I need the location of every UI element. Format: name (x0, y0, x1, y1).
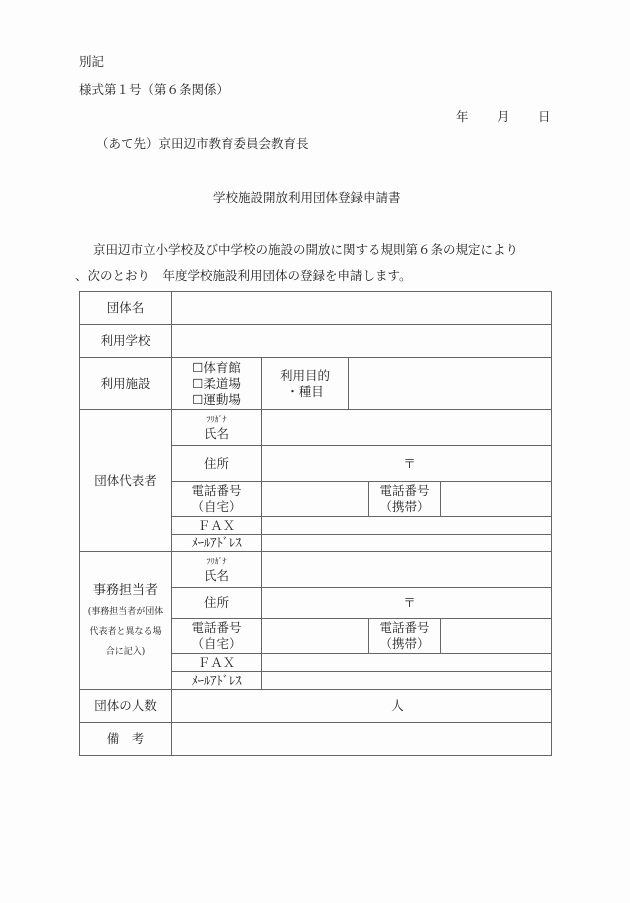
contact-phone-mobile-label: 電話番号 （携帯） (369, 619, 441, 654)
date-month: 月 (497, 107, 510, 125)
contact-note-3: 合に記入) (80, 642, 171, 662)
facility-options: ☐体育館 ☐柔道場 ☐運動場 (172, 358, 262, 410)
checkbox-icon[interactable]: ☐ (192, 360, 203, 375)
rep-address-field[interactable]: 〒 (262, 446, 552, 482)
row-contact-name: 事務担当者 (事務担当者が団体 代表者と異なる場 合に記入) ﾌﾘｶﾞﾅ 氏名 (80, 552, 552, 588)
rep-name-label: ﾌﾘｶﾞﾅ 氏名 (172, 410, 262, 446)
form-number: 様式第１号（第６条関係） (79, 80, 229, 98)
postal-mark-icon: 〒 (403, 595, 416, 610)
rep-phone-mobile-field[interactable] (441, 482, 552, 517)
group-name-field[interactable] (172, 292, 552, 325)
rep-furigana-label: ﾌﾘｶﾞﾅ (172, 414, 261, 426)
checkbox-icon[interactable]: ☐ (192, 392, 203, 407)
facility-option-gym[interactable]: ☐体育館 (172, 360, 261, 376)
rep-phone-home-field[interactable] (262, 482, 369, 517)
addressee: （あて先）京田辺市教育委員会教育長 (96, 134, 309, 152)
rep-address-label: 住所 (172, 446, 262, 482)
row-members: 団体の人数 人 (80, 690, 552, 723)
body-text-line1: 京田辺市立小学校及び中学校の施設の開放に関する規則第６条の規定により (93, 240, 518, 258)
contact-name-label: ﾌﾘｶﾞﾅ 氏名 (172, 552, 262, 588)
remarks-field[interactable] (172, 723, 552, 756)
rep-phone-mobile-label: 電話番号 （携帯） (369, 482, 441, 517)
rep-email-label: ﾒｰﾙｱﾄﾞﾚｽ (172, 535, 262, 552)
contact-fax-field[interactable] (262, 654, 552, 672)
contact-phone-home-label: 電話番号 （自宅） (172, 619, 262, 654)
date-year: 年 (456, 107, 469, 125)
contact-note-1: (事務担当者が団体 (80, 602, 171, 622)
row-remarks: 備 考 (80, 723, 552, 756)
row-facility: 利用施設 ☐体育館 ☐柔道場 ☐運動場 利用目的 ・種目 (80, 358, 552, 410)
contact-fax-label: ＦＡＸ (172, 654, 262, 672)
rep-name-field[interactable] (262, 410, 552, 446)
postal-mark-icon: 〒 (403, 456, 416, 471)
school-label: 利用学校 (80, 325, 172, 358)
purpose-label: 利用目的 ・種目 (262, 358, 349, 410)
checkbox-icon[interactable]: ☐ (192, 376, 203, 391)
contact-address-field[interactable]: 〒 (262, 588, 552, 619)
facility-label: 利用施設 (80, 358, 172, 410)
purpose-field[interactable] (349, 358, 552, 410)
group-name-label: 団体名 (80, 292, 172, 325)
members-unit: 人 (391, 698, 404, 713)
row-rep-name: 団体代表者 ﾌﾘｶﾞﾅ 氏名 (80, 410, 552, 446)
contact-phone-home-field[interactable] (262, 619, 369, 654)
rep-fax-label: ＦＡＸ (172, 517, 262, 535)
annex-label: 別記 (79, 52, 104, 70)
facility-option-judo-hall[interactable]: ☐柔道場 (172, 376, 261, 392)
remarks-label: 備 考 (80, 723, 172, 756)
contact-name-field[interactable] (262, 552, 552, 588)
contact-note-2: 代表者と異なる場 (80, 622, 171, 642)
date-day: 日 (538, 107, 551, 125)
representative-label: 団体代表者 (80, 410, 172, 552)
school-field[interactable] (172, 325, 552, 358)
document-title: 学校施設開放利用団体登録申請書 (213, 188, 401, 206)
row-school: 利用学校 (80, 325, 552, 358)
contact-phone-mobile-field[interactable] (441, 619, 552, 654)
members-label: 団体の人数 (80, 690, 172, 723)
rep-phone-home-label: 電話番号 （自宅） (172, 482, 262, 517)
application-form-table: 団体名 利用学校 利用施設 ☐体育館 ☐柔道場 ☐運動場 利用目的 ・種目 団体… (79, 291, 552, 756)
contact-label-cell: 事務担当者 (事務担当者が団体 代表者と異なる場 合に記入) (80, 552, 172, 690)
contact-email-label: ﾒｰﾙｱﾄﾞﾚｽ (172, 672, 262, 690)
contact-furigana-label: ﾌﾘｶﾞﾅ (172, 556, 261, 568)
rep-email-field[interactable] (262, 535, 552, 552)
contact-email-field[interactable] (262, 672, 552, 690)
contact-address-label: 住所 (172, 588, 262, 619)
facility-option-playground[interactable]: ☐運動場 (172, 392, 261, 408)
body-text-line2: 、次のとおり 年度学校施設利用団体の登録を申請します。 (75, 266, 412, 284)
members-field[interactable]: 人 (172, 690, 552, 723)
rep-fax-field[interactable] (262, 517, 552, 535)
row-group-name: 団体名 (80, 292, 552, 325)
contact-label: 事務担当者 (80, 580, 171, 602)
